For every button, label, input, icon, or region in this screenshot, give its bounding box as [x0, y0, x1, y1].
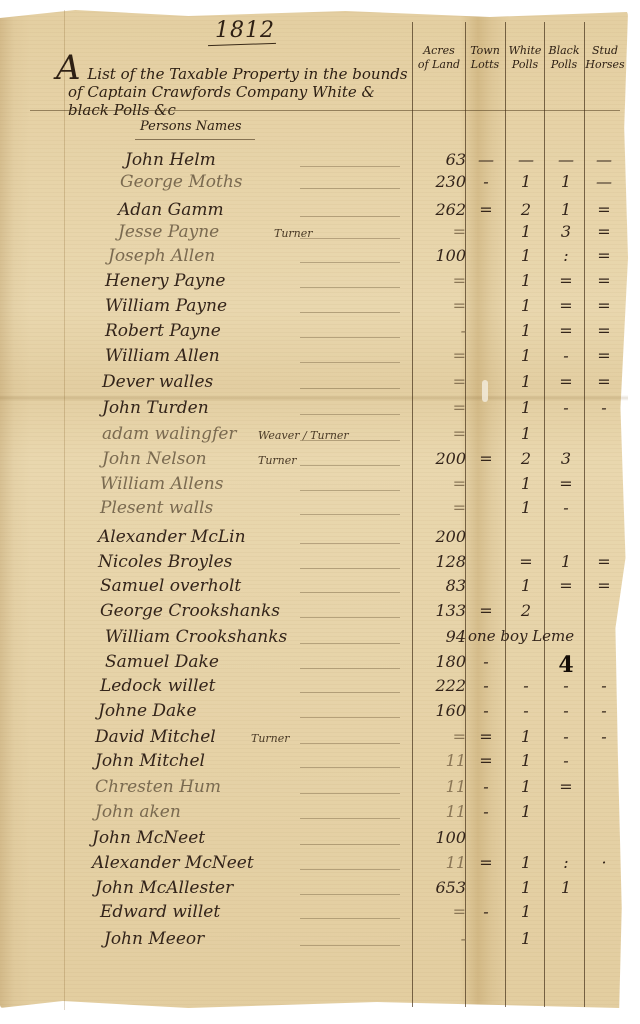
- table-row: William Payne=1==: [0, 296, 628, 320]
- table-row: Samuel Dake180-4: [0, 652, 628, 676]
- person-name: William Payne: [105, 296, 227, 316]
- table-row: John McNeet100: [0, 828, 628, 852]
- cell-town: =: [466, 853, 506, 872]
- leader-line: [300, 262, 400, 263]
- table-row: Joseph Allen1001:=: [0, 246, 628, 270]
- cell-acres: =: [418, 474, 466, 493]
- cell-white: 1: [506, 853, 546, 872]
- cell-white: 1: [506, 878, 546, 897]
- table-row: John Mitchel11=1-: [0, 751, 628, 775]
- leader-line: [300, 793, 400, 794]
- cell-stud: ·: [586, 853, 622, 872]
- person-name: Nicoles Broyles: [98, 552, 232, 572]
- leader-line: [300, 643, 400, 644]
- cell-black: 1: [546, 200, 586, 219]
- cell-black: 1: [546, 552, 586, 571]
- table-row: Henery Payne=1==: [0, 271, 628, 295]
- table-row: Adan Gamm262=21=: [0, 200, 628, 224]
- cell-white: 1: [506, 346, 546, 365]
- person-name: Henery Payne: [105, 271, 225, 291]
- leader-line: [300, 743, 400, 744]
- cell-stud: —: [586, 150, 622, 169]
- header-rule: [30, 110, 620, 111]
- cell-stud: =: [586, 296, 622, 315]
- leader-line: [300, 894, 400, 895]
- table-row: John Turden=1--: [0, 398, 628, 422]
- column-header-white-polls: White Polls: [506, 44, 544, 72]
- person-name: George Crookshanks: [100, 601, 280, 621]
- leader-line: [300, 514, 400, 515]
- cell-black: -: [546, 751, 586, 770]
- cell-white: 1: [506, 321, 546, 340]
- cell-white: 1: [506, 271, 546, 290]
- cell-white: 1: [506, 296, 546, 315]
- leader-line: [300, 414, 400, 415]
- table-row: Robert Payne-1==: [0, 321, 628, 345]
- cell-black: =: [546, 474, 586, 493]
- cell-acres: 160: [418, 701, 466, 720]
- cell-acres: 83: [418, 576, 466, 595]
- cell-white: 1: [506, 222, 546, 241]
- leader-line: [300, 465, 400, 466]
- leader-line: [300, 388, 400, 389]
- table-row: Johne Dake160----: [0, 701, 628, 725]
- leader-line: [300, 592, 400, 593]
- cell-black: -: [546, 676, 586, 695]
- cell-white: 1: [506, 424, 546, 443]
- cell-black: —: [546, 150, 586, 169]
- cell-acres: 200: [418, 527, 466, 546]
- cell-white: 1: [506, 474, 546, 493]
- table-row: John McAllester65311: [0, 878, 628, 902]
- table-row: Alexander McNeet11=1:·: [0, 853, 628, 877]
- cell-acres: 200: [418, 449, 466, 468]
- leader-line: [300, 818, 400, 819]
- cell-town: -: [466, 652, 506, 671]
- cell-black: :: [546, 853, 586, 872]
- cell-stud: -: [586, 676, 622, 695]
- column-header-line: White: [506, 44, 544, 58]
- cell-stud: —: [586, 172, 622, 191]
- table-row: Jesse PayneTurner=13=: [0, 222, 628, 246]
- cell-acres: =: [418, 346, 466, 365]
- cell-acres: 94: [418, 627, 466, 646]
- cell-acres: 180: [418, 652, 466, 671]
- cell-town: =: [466, 727, 506, 746]
- cell-white: 1: [506, 576, 546, 595]
- cell-acres: =: [418, 271, 466, 290]
- person-name: William Crookshanks: [105, 627, 287, 647]
- occupation-note: Turner: [251, 732, 290, 745]
- cell-white: 1: [506, 902, 546, 921]
- leader-line: [300, 440, 400, 441]
- cell-black: -: [546, 498, 586, 517]
- cell-white: 1: [506, 751, 546, 770]
- cell-black: -: [546, 346, 586, 365]
- cell-acres: =: [418, 398, 466, 417]
- cell-acres: =: [418, 296, 466, 315]
- cell-stud: =: [586, 222, 622, 241]
- cell-white: 1: [506, 372, 546, 391]
- table-row: Nicoles Broyles128=1=: [0, 552, 628, 576]
- leader-line: [300, 668, 400, 669]
- person-name: Joseph Allen: [108, 246, 215, 266]
- table-row: William Allens=1=: [0, 474, 628, 498]
- cell-white: 1: [506, 172, 546, 191]
- person-name: Jesse Payne: [118, 222, 219, 242]
- cell-stud: =: [586, 346, 622, 365]
- cell-black: =: [546, 372, 586, 391]
- person-name: Edward willet: [100, 902, 220, 922]
- person-name: William Allens: [100, 474, 223, 494]
- names-column-header: Persons Names: [140, 119, 242, 134]
- cell-town: =: [466, 751, 506, 770]
- person-name: Adan Gamm: [118, 200, 224, 220]
- column-header-line: Black: [545, 44, 583, 58]
- person-name: Johne Dake: [98, 701, 197, 721]
- leader-line: [300, 617, 400, 618]
- cell-white: 2: [506, 449, 546, 468]
- cell-acres: =: [418, 372, 466, 391]
- cell-acres: 133: [418, 601, 466, 620]
- person-name: Samuel overholt: [100, 576, 241, 596]
- cell-white: 1: [506, 398, 546, 417]
- leader-line: [300, 287, 400, 288]
- cell-town: =: [466, 601, 506, 620]
- cell-town: =: [466, 200, 506, 219]
- leader-line: [300, 767, 400, 768]
- cell-white: —: [506, 150, 546, 169]
- table-row: John Meeor-1: [0, 929, 628, 953]
- person-name: Alexander McNeet: [92, 853, 254, 873]
- leader-line: [300, 166, 400, 167]
- cell-town: -: [466, 802, 506, 821]
- leader-line: [300, 717, 400, 718]
- table-row: Chresten Hum11-1=: [0, 777, 628, 801]
- table-row: adam walingferWeaver / Turner=1: [0, 424, 628, 448]
- cell-acres: -: [418, 929, 466, 948]
- cell-stud: =: [586, 552, 622, 571]
- table-row: John aken11-1: [0, 802, 628, 826]
- column-header-line: Lotts: [466, 58, 504, 72]
- leader-line: [300, 216, 400, 217]
- leader-line: [300, 844, 400, 845]
- person-name: Samuel Dake: [105, 652, 219, 672]
- cell-town: —: [466, 150, 506, 169]
- table-row: George Crookshanks133=2: [0, 601, 628, 625]
- column-header-line: Polls: [506, 58, 544, 72]
- cell-acres: 11: [418, 777, 466, 796]
- names-header-underline: [135, 139, 255, 140]
- cell-acres: 100: [418, 828, 466, 847]
- column-header-line: Acres: [414, 44, 464, 58]
- cell-black: 4: [546, 652, 586, 678]
- cell-black: =: [546, 296, 586, 315]
- cell-black: 3: [546, 222, 586, 241]
- cell-acres: 230: [418, 172, 466, 191]
- person-name: Plesent walls: [100, 498, 213, 518]
- person-name: John Turden: [102, 398, 209, 418]
- cell-town: =: [466, 449, 506, 468]
- cell-stud: =: [586, 246, 622, 265]
- cell-black: -: [546, 398, 586, 417]
- person-name: adam walingfer: [102, 424, 237, 444]
- cell-acres: 11: [418, 853, 466, 872]
- table-row: Alexander McLin200: [0, 527, 628, 551]
- person-name: Robert Payne: [105, 321, 221, 341]
- cell-black: =: [546, 777, 586, 796]
- cell-black: -: [546, 727, 586, 746]
- person-name: John aken: [95, 802, 181, 822]
- person-name: John Meeor: [104, 929, 204, 949]
- cell-black: :: [546, 246, 586, 265]
- cell-town: -: [466, 777, 506, 796]
- table-row: David MitchelTurner==1--: [0, 727, 628, 751]
- cell-white: 1: [506, 498, 546, 517]
- cell-black: -: [546, 701, 586, 720]
- person-name: John Mitchel: [95, 751, 205, 771]
- cell-white: 2: [506, 200, 546, 219]
- table-row: Edward willet=-1: [0, 902, 628, 926]
- cell-stud: =: [586, 321, 622, 340]
- cell-stud: =: [586, 372, 622, 391]
- column-header-acres: Acres of Land: [414, 44, 464, 72]
- table-row: Plesent walls=1-: [0, 498, 628, 522]
- leader-line: [300, 188, 400, 189]
- table-row: Ledock willet222----: [0, 676, 628, 700]
- column-header-stud-horses: Stud Horses: [585, 44, 625, 72]
- title-line-2: of Captain Crawfords Company White & bla…: [52, 83, 412, 119]
- cell-white: 2: [506, 601, 546, 620]
- cell-acres: =: [418, 902, 466, 921]
- cell-white: 1: [506, 246, 546, 265]
- leader-line: [300, 945, 400, 946]
- table-row: Dever walles=1==: [0, 372, 628, 396]
- person-name: Dever walles: [102, 372, 213, 392]
- cell-acres: 128: [418, 552, 466, 571]
- leader-line: [300, 337, 400, 338]
- table-row: William Allen=1-=: [0, 346, 628, 370]
- person-name: Chresten Hum: [95, 777, 221, 797]
- person-name: David Mitchel: [95, 727, 216, 747]
- cell-white: 1: [506, 929, 546, 948]
- cell-white: 1: [506, 777, 546, 796]
- leader-line: [300, 238, 400, 239]
- person-name: John Helm: [125, 150, 216, 170]
- cell-acres: -: [418, 321, 466, 340]
- table-row: John Helm63————: [0, 150, 628, 174]
- cell-acres: 11: [418, 751, 466, 770]
- cell-white: =: [506, 552, 546, 571]
- table-row: William Crookshanks94one boy Leme: [0, 627, 628, 651]
- cell-acres: 11: [418, 802, 466, 821]
- column-header-town-lotts: Town Lotts: [466, 44, 504, 72]
- cell-stud: =: [586, 200, 622, 219]
- column-header-black-polls: Black Polls: [545, 44, 583, 72]
- cell-stud: -: [586, 727, 622, 746]
- cell-town: -: [466, 676, 506, 695]
- cell-stud: =: [586, 576, 622, 595]
- leader-line: [300, 543, 400, 544]
- person-name: Alexander McLin: [98, 527, 246, 547]
- leader-line: [300, 918, 400, 919]
- cell-black: 1: [546, 172, 586, 191]
- column-header-line: of Land: [414, 58, 464, 72]
- person-name: John McAllester: [95, 878, 233, 898]
- cell-acres: 653: [418, 878, 466, 897]
- cell-white: -: [506, 676, 546, 695]
- cell-stud: =: [586, 271, 622, 290]
- cell-acres: 63: [418, 150, 466, 169]
- cell-white: 1: [506, 802, 546, 821]
- leader-line: [300, 568, 400, 569]
- table-row: George Moths230-11—: [0, 172, 628, 196]
- title-line-1: List of the Taxable Property in the boun…: [87, 65, 407, 83]
- span-note: one boy Leme: [468, 627, 618, 645]
- cell-black: 3: [546, 449, 586, 468]
- cell-black: =: [546, 271, 586, 290]
- person-name: George Moths: [120, 172, 243, 192]
- cell-black: =: [546, 576, 586, 595]
- occupation-note: Turner: [258, 454, 297, 467]
- cell-acres: =: [418, 424, 466, 443]
- leader-line: [300, 490, 400, 491]
- leader-line: [300, 362, 400, 363]
- leader-line: [300, 692, 400, 693]
- cell-acres: =: [418, 727, 466, 746]
- table-row: John NelsonTurner200=23: [0, 449, 628, 473]
- cell-white: 1: [506, 727, 546, 746]
- column-header-line: Stud: [585, 44, 625, 58]
- person-name: John Nelson: [102, 449, 207, 469]
- column-header-line: Town: [466, 44, 504, 58]
- cell-white: -: [506, 701, 546, 720]
- column-header-line: Horses: [585, 58, 625, 72]
- cell-stud: -: [586, 398, 622, 417]
- person-name: John McNeet: [92, 828, 205, 848]
- person-name: Ledock willet: [100, 676, 215, 696]
- cell-stud: -: [586, 701, 622, 720]
- cell-town: -: [466, 701, 506, 720]
- cell-acres: 100: [418, 246, 466, 265]
- cell-town: -: [466, 172, 506, 191]
- leader-line: [300, 869, 400, 870]
- title-initial: A: [56, 48, 81, 88]
- cell-acres: 262: [418, 200, 466, 219]
- document-year: 1812: [215, 18, 275, 43]
- cell-acres: 222: [418, 676, 466, 695]
- person-name: William Allen: [105, 346, 220, 366]
- table-row: Samuel overholt831==: [0, 576, 628, 600]
- cell-town: -: [466, 902, 506, 921]
- column-header-line: Polls: [545, 58, 583, 72]
- cell-acres: =: [418, 222, 466, 241]
- cell-black: 1: [546, 878, 586, 897]
- leader-line: [300, 312, 400, 313]
- cell-acres: =: [418, 498, 466, 517]
- cell-black: =: [546, 321, 586, 340]
